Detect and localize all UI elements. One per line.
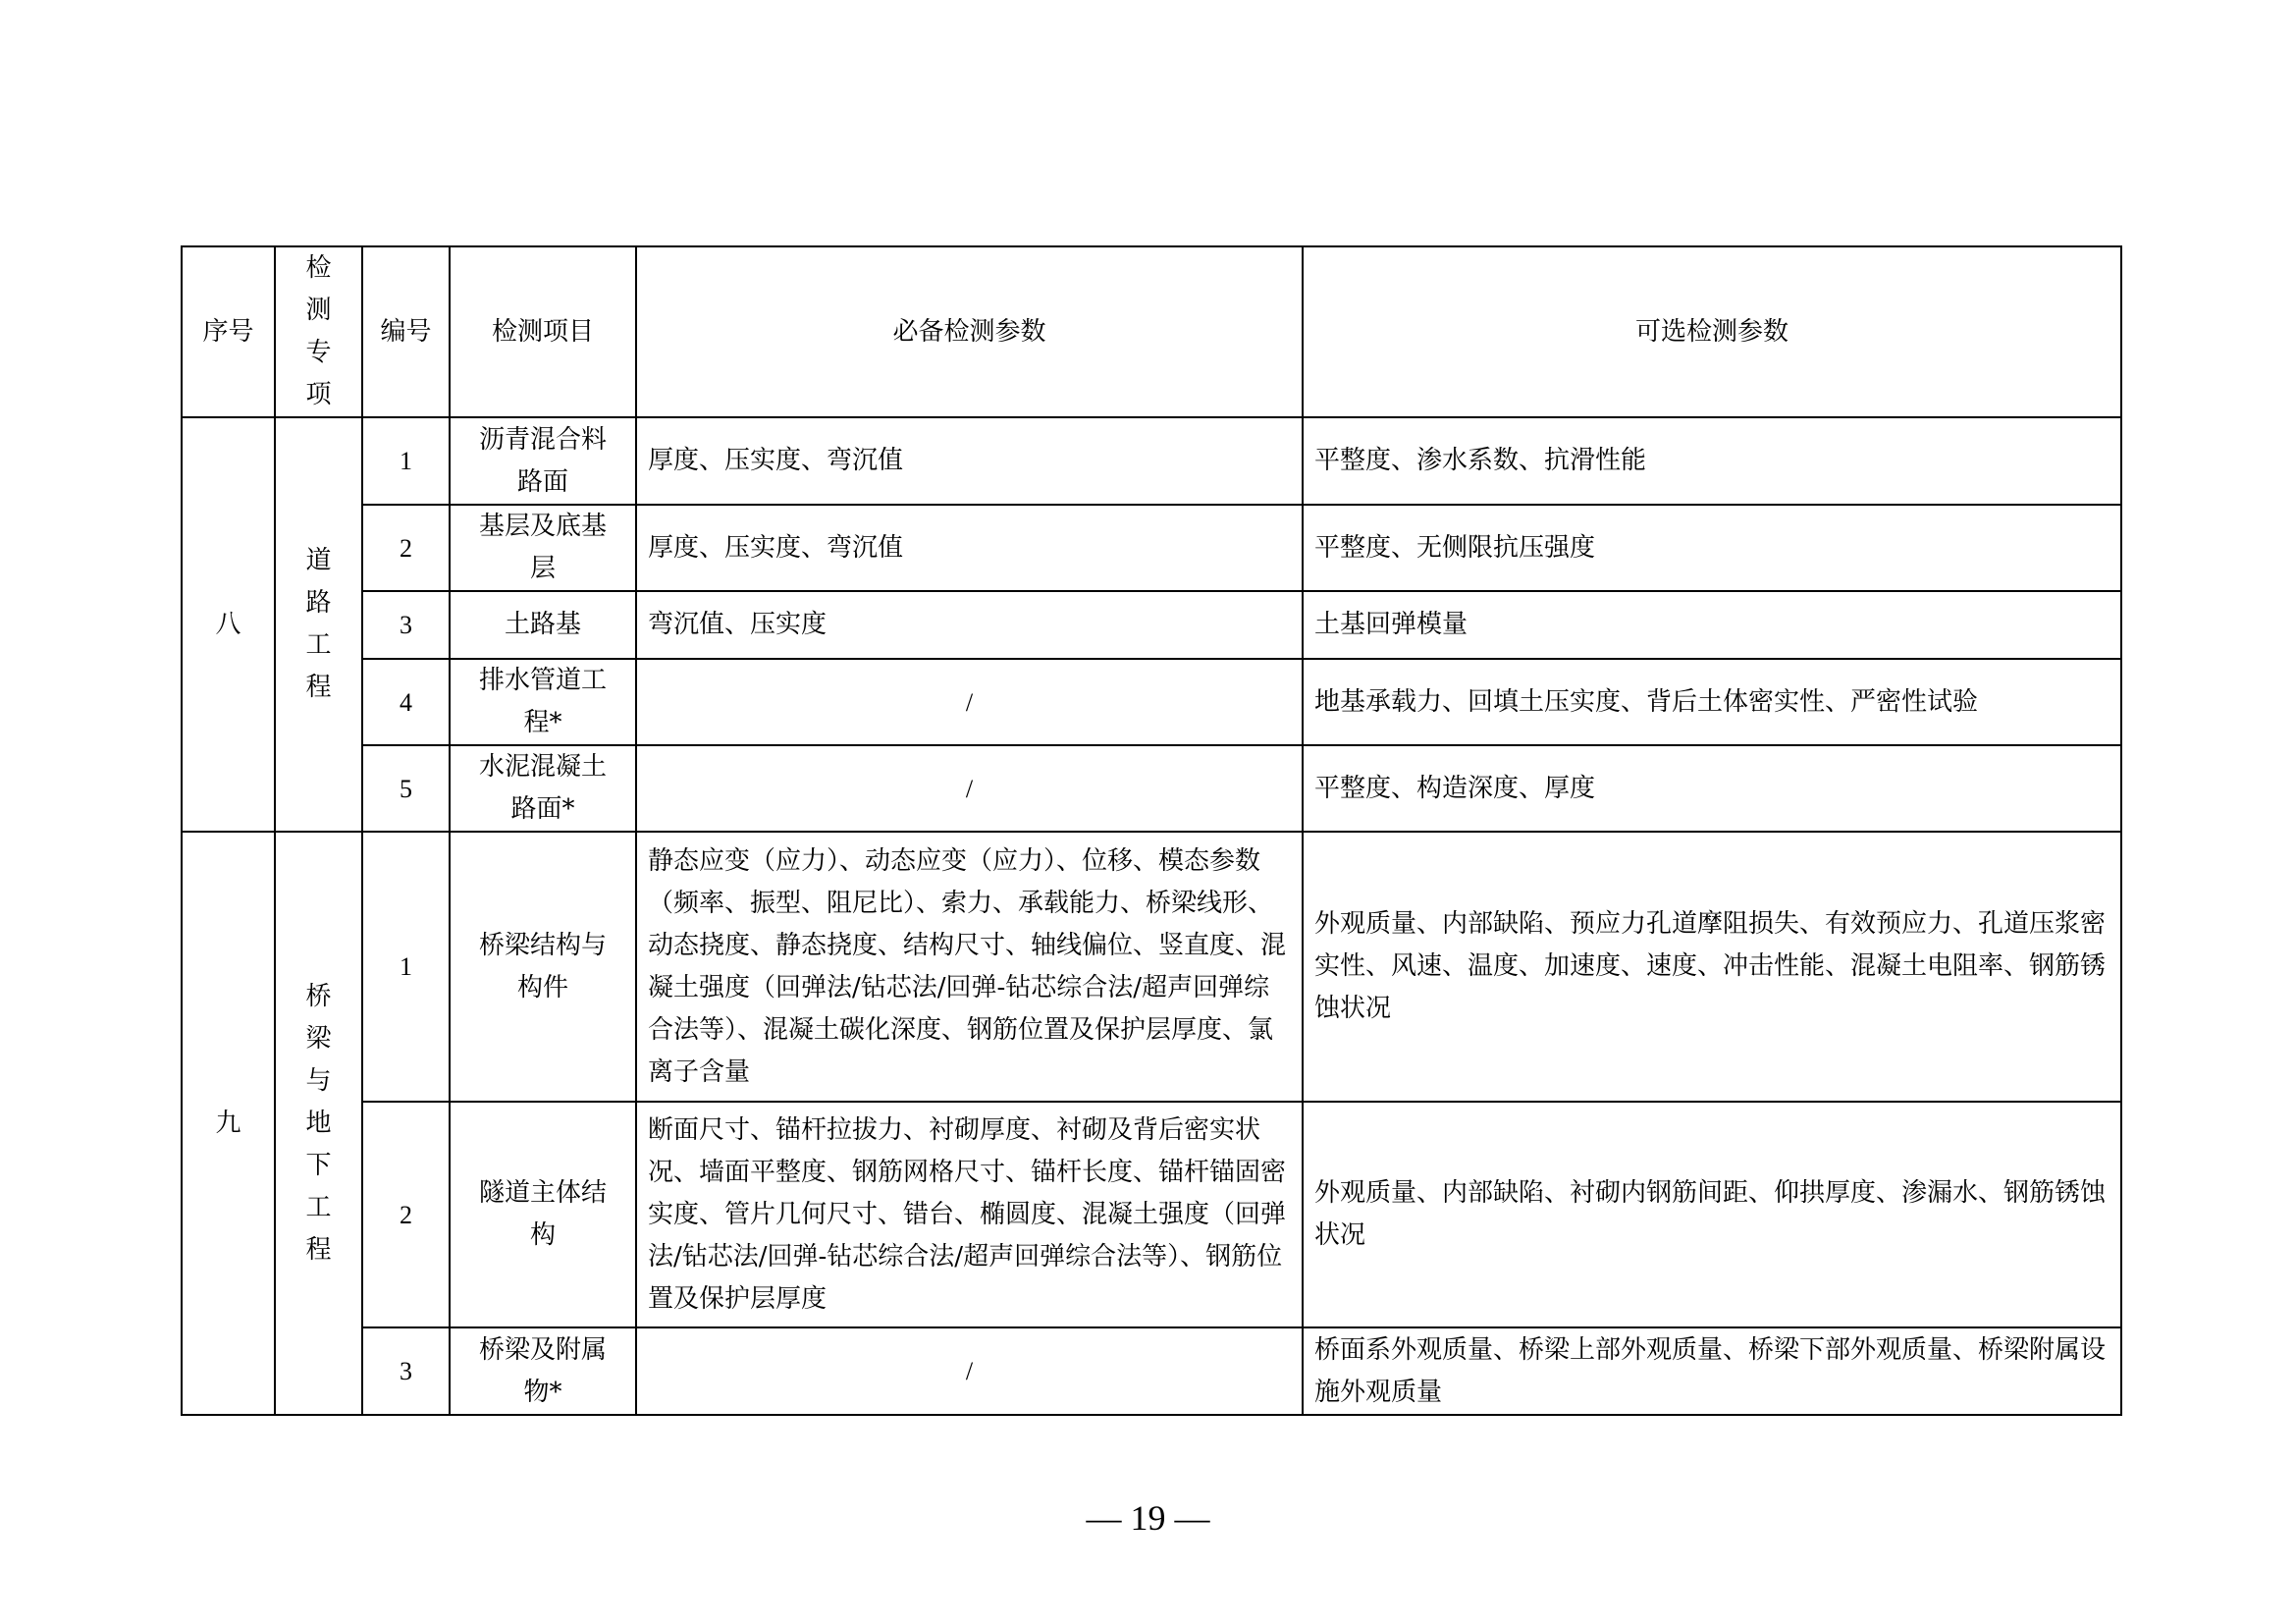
row-item: 隧道主体结构 [450, 1102, 636, 1327]
row-code: 4 [362, 659, 450, 745]
row-required-params: 断面尺寸、锚杆拉拔力、衬砌厚度、衬砌及背后密实状况、墙面平整度、钢筋网格尺寸、锚… [636, 1102, 1303, 1327]
row-required-params: / [636, 745, 1303, 832]
row-optional-params: 平整度、渗水系数、抗滑性能 [1303, 417, 2121, 505]
row-optional-params: 平整度、构造深度、厚度 [1303, 745, 2121, 832]
section-category: 道路工程 [275, 417, 362, 832]
table-row: 3 土路基 弯沉值、压实度 土基回弹模量 [182, 591, 2121, 659]
row-optional-params: 桥面系外观质量、桥梁上部外观质量、桥梁下部外观质量、桥梁附属设施外观质量 [1303, 1327, 2121, 1415]
header-category: 检测专项 [275, 246, 362, 417]
row-item: 沥青混合料路面 [450, 417, 636, 505]
row-item: 基层及底基层 [450, 505, 636, 591]
section-seq: 八 [182, 417, 275, 832]
row-required-params: 厚度、压实度、弯沉值 [636, 417, 1303, 505]
row-required-params: 弯沉值、压实度 [636, 591, 1303, 659]
row-required-params: / [636, 1327, 1303, 1415]
row-code: 1 [362, 832, 450, 1102]
header-code: 编号 [362, 246, 450, 417]
header-item: 检测项目 [450, 246, 636, 417]
header-optional: 可选检测参数 [1303, 246, 2121, 417]
row-required-params: 静态应变（应力）、动态应变（应力）、位移、模态参数（频率、振型、阻尼比）、索力、… [636, 832, 1303, 1102]
table-row: 九 桥梁与地下工程 1 桥梁结构与构件 静态应变（应力）、动态应变（应力）、位移… [182, 832, 2121, 1102]
row-item: 排水管道工程* [450, 659, 636, 745]
row-optional-params: 地基承载力、回填土压实度、背后土体密实性、严密性试验 [1303, 659, 2121, 745]
header-seq: 序号 [182, 246, 275, 417]
table-header-row: 序号 检测专项 编号 检测项目 必备检测参数 可选检测参数 [182, 246, 2121, 417]
row-code: 5 [362, 745, 450, 832]
inspection-parameters-table: 序号 检测专项 编号 检测项目 必备检测参数 可选检测参数 八 道路工程 1 沥… [181, 245, 2122, 1416]
table-row: 4 排水管道工程* / 地基承载力、回填土压实度、背后土体密实性、严密性试验 [182, 659, 2121, 745]
row-item: 桥梁及附属物* [450, 1327, 636, 1415]
table-row: 八 道路工程 1 沥青混合料路面 厚度、压实度、弯沉值 平整度、渗水系数、抗滑性… [182, 417, 2121, 505]
row-item: 土路基 [450, 591, 636, 659]
row-optional-params: 平整度、无侧限抗压强度 [1303, 505, 2121, 591]
table-row: 2 隧道主体结构 断面尺寸、锚杆拉拔力、衬砌厚度、衬砌及背后密实状况、墙面平整度… [182, 1102, 2121, 1327]
row-item: 水泥混凝土路面* [450, 745, 636, 832]
header-required: 必备检测参数 [636, 246, 1303, 417]
row-code: 2 [362, 1102, 450, 1327]
row-optional-params: 外观质量、内部缺陷、衬砌内钢筋间距、仰拱厚度、渗漏水、钢筋锈蚀状况 [1303, 1102, 2121, 1327]
row-code: 3 [362, 1327, 450, 1415]
row-required-params: / [636, 659, 1303, 745]
row-code: 2 [362, 505, 450, 591]
section-seq: 九 [182, 832, 275, 1415]
table-row: 2 基层及底基层 厚度、压实度、弯沉值 平整度、无侧限抗压强度 [182, 505, 2121, 591]
table-row: 3 桥梁及附属物* / 桥面系外观质量、桥梁上部外观质量、桥梁下部外观质量、桥梁… [182, 1327, 2121, 1415]
row-code: 1 [362, 417, 450, 505]
document-page: 序号 检测专项 编号 检测项目 必备检测参数 可选检测参数 八 道路工程 1 沥… [0, 0, 2296, 1624]
row-code: 3 [362, 591, 450, 659]
table-row: 5 水泥混凝土路面* / 平整度、构造深度、厚度 [182, 745, 2121, 832]
row-optional-params: 土基回弹模量 [1303, 591, 2121, 659]
page-number: — 19 — [0, 1497, 2296, 1539]
row-optional-params: 外观质量、内部缺陷、预应力孔道摩阻损失、有效预应力、孔道压浆密实性、风速、温度、… [1303, 832, 2121, 1102]
row-required-params: 厚度、压实度、弯沉值 [636, 505, 1303, 591]
section-category: 桥梁与地下工程 [275, 832, 362, 1415]
row-item: 桥梁结构与构件 [450, 832, 636, 1102]
